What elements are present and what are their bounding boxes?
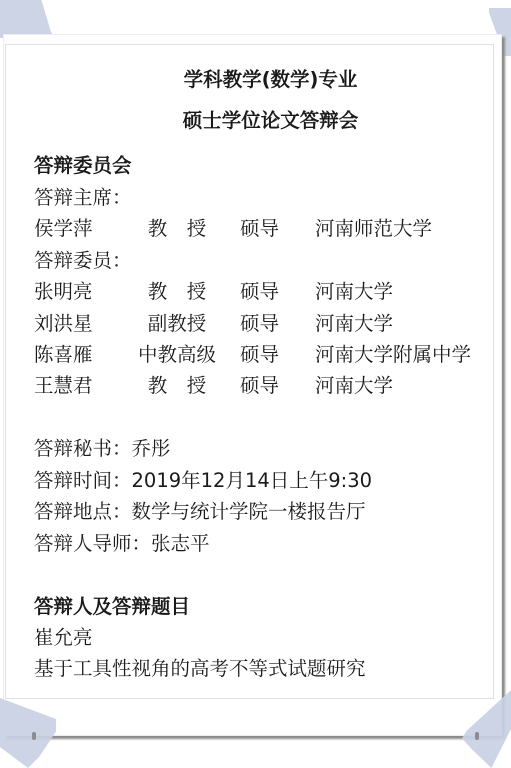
member-org: 河南师范大学 [315,216,432,242]
member-advisor: 硕导 [240,311,279,337]
supervisor-line: 答辩人导师：张志平 [34,531,210,557]
member-name: 陈喜雁 [34,342,93,368]
committee-row-chair: 侯学萍 教 授 硕导 河南师范大学 [34,216,494,242]
chair-label: 答辩主席： [34,185,132,211]
page-title-line2: 硕士学位论文答辩会 [0,108,511,134]
candidate-heading: 答辩人及答辩题目 [34,594,190,620]
member-org: 河南大学 [315,279,393,305]
member-rank: 教 授 [132,216,222,242]
member-advisor: 硕导 [240,279,279,305]
member-rank: 教 授 [132,373,222,399]
member-rank: 教 授 [132,279,222,305]
committee-heading: 答辩委员会 [34,153,132,179]
member-name: 张明亮 [34,279,93,305]
time-line: 答辩时间：2019年12月14日上午9:30 [34,468,372,494]
tape-decoration-top-left [0,0,54,38]
member-name: 王慧君 [34,373,93,399]
committee-row: 刘洪星 副教授 硕导 河南大学 [34,311,494,337]
member-advisor: 硕导 [240,342,279,368]
committee-row: 张明亮 教 授 硕导 河南大学 [34,279,494,305]
member-rank: 副教授 [132,311,222,337]
member-advisor: 硕导 [240,216,279,242]
candidate-name: 崔允亮 [34,625,93,651]
member-name: 侯学萍 [34,216,93,242]
pin-icon [32,732,36,740]
member-advisor: 硕导 [240,373,279,399]
member-org: 河南大学 [315,373,393,399]
page-title-line1: 学科教学(数学)专业 [0,67,511,93]
secretary-line: 答辩秘书：乔彤 [34,436,171,462]
location-line: 答辩地点：数学与统计学院一楼报告厅 [34,499,366,525]
committee-row: 王慧君 教 授 硕导 河南大学 [34,373,494,399]
member-name: 刘洪星 [34,311,93,337]
member-org: 河南大学 [315,311,393,337]
thesis-title: 基于工具性视角的高考不等式试题研究 [34,656,366,682]
member-rank: 中教高级 [132,342,222,368]
member-org: 河南大学附属中学 [315,342,471,368]
committee-row: 陈喜雁 中教高级 硕导 河南大学附属中学 [34,342,504,368]
members-label: 答辩委员： [34,248,132,274]
pin-icon [475,732,479,740]
